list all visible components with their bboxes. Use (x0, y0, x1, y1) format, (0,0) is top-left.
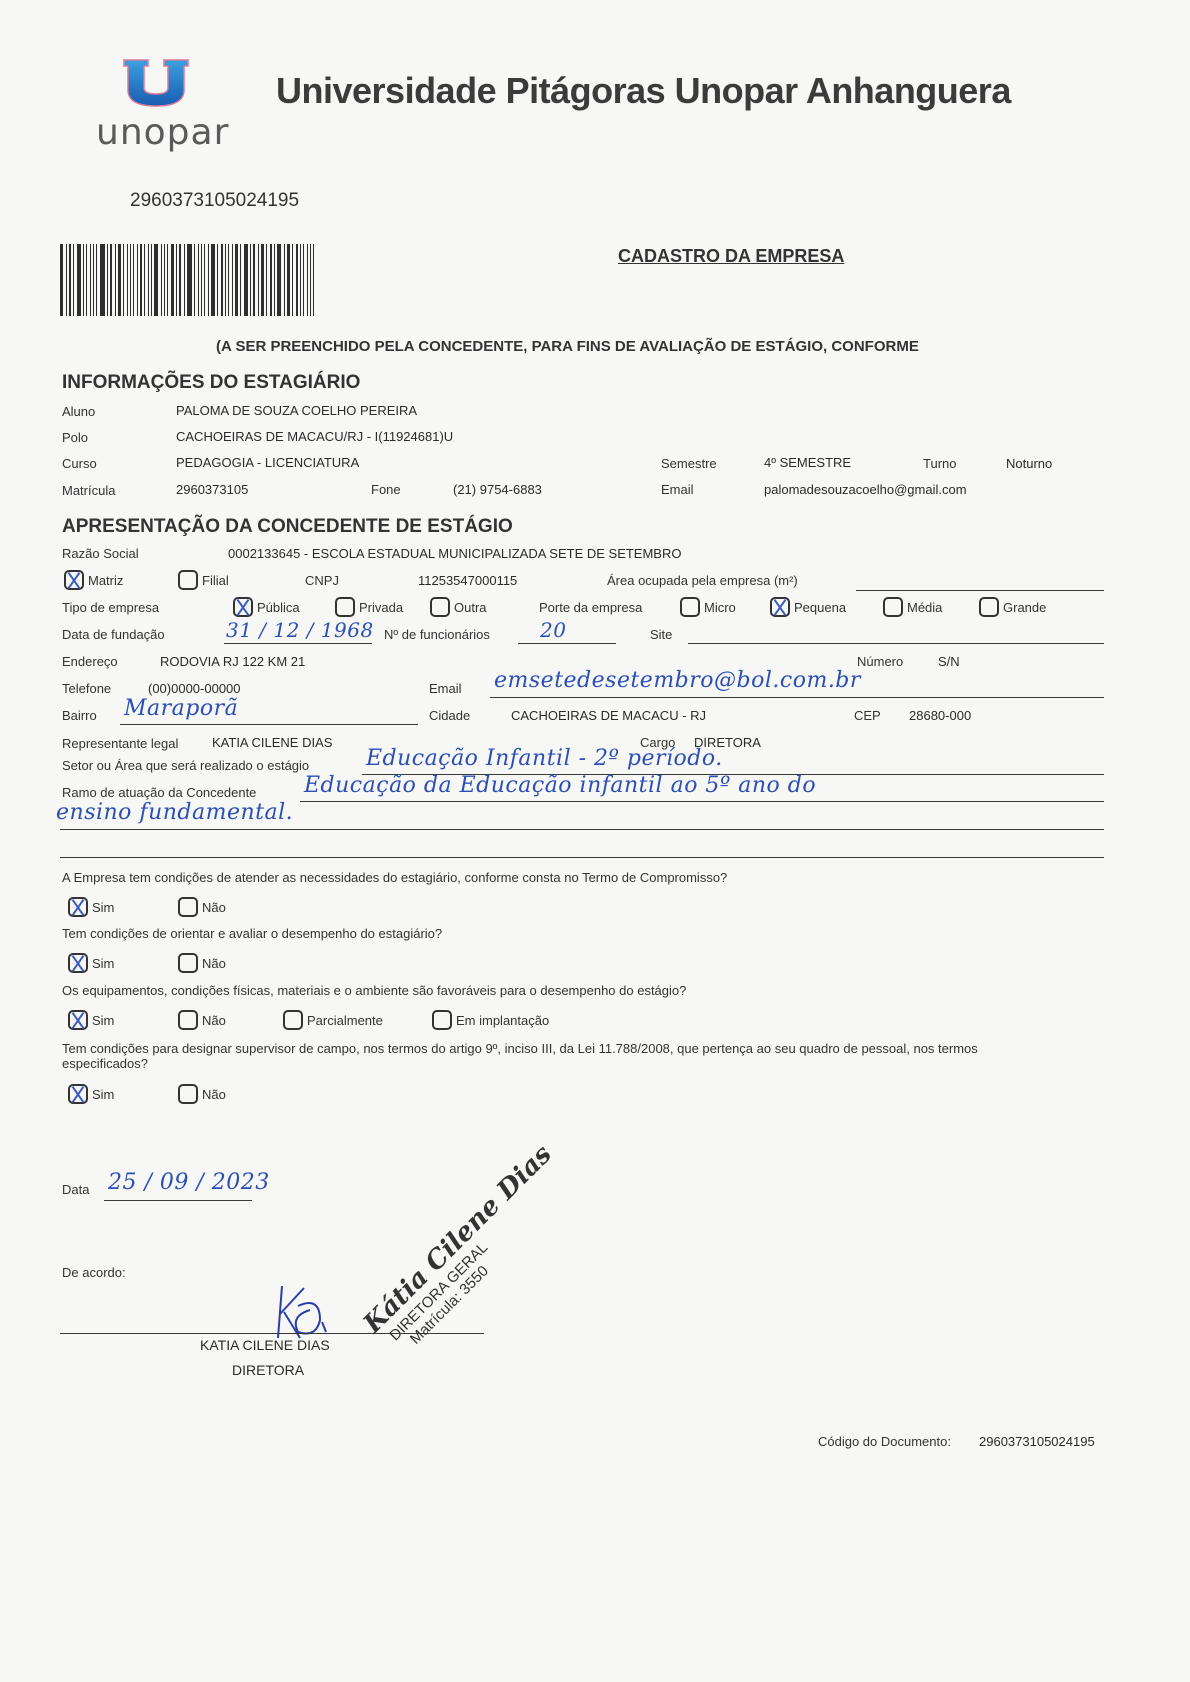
data-label: Data (62, 1182, 89, 1197)
fundacao-label: Data de fundação (62, 627, 165, 642)
section-title-company: APRESENTAÇÃO DA CONCEDENTE DE ESTÁGIO (62, 516, 513, 538)
endereco-label: Endereço (62, 654, 118, 669)
setor-label: Setor ou Área que será realizado o estág… (62, 758, 309, 773)
funcionarios-value[interactable]: 20 (540, 618, 566, 642)
tipo-outra-label: Outra (454, 600, 487, 615)
logo-wordmark: unopar (96, 112, 229, 153)
area-label: Área ocupada pela empresa (m²) (607, 573, 798, 588)
ramo-value-line2[interactable]: ensino fundamental. (56, 800, 293, 825)
q2-não-label: Não (202, 956, 226, 971)
document-title: CADASTRO DA EMPRESA (618, 246, 844, 267)
razao-label: Razão Social (62, 546, 139, 561)
question-1-text: A Empresa tem condições de atender as ne… (62, 870, 727, 885)
porte-grande-checkbox[interactable] (979, 597, 999, 617)
data-underline (104, 1200, 252, 1201)
ramo-label: Ramo de atuação da Concedente (62, 785, 256, 800)
barcode (60, 244, 376, 316)
telefone-label: Telefone (62, 681, 111, 696)
porte-pequena-checkbox[interactable] (770, 597, 790, 617)
codigo-label: Código do Documento: (818, 1434, 951, 1449)
cep-label: CEP (854, 708, 881, 723)
question-4-text: Tem condições para designar supervisor d… (62, 1041, 978, 1056)
fone-label: Fone (371, 482, 401, 497)
cep-value: 28680-000 (909, 708, 971, 723)
question-2-text: Tem condições de orientar e avaliar o de… (62, 926, 442, 941)
bairro-label: Bairro (62, 708, 97, 723)
q4-sim-label: Sim (92, 1087, 114, 1102)
q3-em-implantação-checkbox[interactable] (432, 1010, 452, 1030)
porte-grande-label: Grande (1003, 600, 1046, 615)
cidade-value: CACHOEIRAS DE MACACU - RJ (511, 708, 706, 723)
funcionarios-label: Nº de funcionários (384, 627, 490, 642)
fone-value: (21) 9754-6883 (453, 482, 542, 497)
codigo-value: 2960373105024195 (979, 1434, 1095, 1449)
tipo-outra-checkbox[interactable] (430, 597, 450, 617)
cidade-label: Cidade (429, 708, 470, 723)
tipo-pública-checkbox[interactable] (233, 597, 253, 617)
fundacao-underline (224, 643, 372, 644)
question-4-text-cont: especificados? (62, 1056, 148, 1071)
form-subtitle: (A SER PREENCHIDO PELA CONCEDENTE, PARA … (216, 338, 919, 355)
intern-email-label: Email (661, 482, 694, 497)
de-acordo-label: De acordo: (62, 1265, 126, 1280)
q3-em-implantação-label: Em implantação (456, 1013, 549, 1028)
razao-value: 0002133645 - ESCOLA ESTADUAL MUNICIPALIZ… (228, 546, 681, 561)
curso-label: Curso (62, 456, 97, 471)
telefone-value: (00)0000-00000 (148, 681, 241, 696)
q3-sim-label: Sim (92, 1013, 114, 1028)
tipo-label: Tipo de empresa (62, 600, 159, 615)
semestre-label: Semestre (661, 456, 717, 471)
endereco-value: RODOVIA RJ 122 KM 21 (160, 654, 305, 669)
q4-não-checkbox[interactable] (178, 1084, 198, 1104)
porte-label: Porte da empresa (539, 600, 642, 615)
director-stamp: Kátia Cilene Dias DIRETORA GERAL Matrícu… (358, 1139, 582, 1363)
q2-sim-checkbox[interactable] (68, 953, 88, 973)
filial-checkbox[interactable] (178, 570, 198, 590)
polo-label: Polo (62, 430, 88, 445)
numero-value: S/N (938, 654, 960, 669)
representante-value: KATIA CILENE DIAS (212, 735, 332, 750)
q3-parcialmente-checkbox[interactable] (283, 1010, 303, 1030)
q3-sim-checkbox[interactable] (68, 1010, 88, 1030)
aluno-label: Aluno (62, 404, 95, 419)
data-value[interactable]: 25 / 09 / 2023 (108, 1170, 270, 1195)
stamp-name: Kátia Cilene Dias (358, 1139, 558, 1339)
area-field[interactable] (856, 590, 1104, 591)
numero-label: Número (857, 654, 903, 669)
section-title-intern: INFORMAÇÕES DO ESTAGIÁRIO (62, 372, 360, 394)
turno-value: Noturno (1006, 456, 1052, 471)
cnpj-value: 11253547000115 (418, 573, 517, 588)
q3-não-checkbox[interactable] (178, 1010, 198, 1030)
aluno-value: PALOMA DE SOUZA COELHO PEREIRA (176, 403, 417, 418)
funcionarios-underline (518, 643, 616, 644)
matricula-label: Matrícula (62, 483, 115, 498)
q3-não-label: Não (202, 1013, 226, 1028)
site-label: Site (650, 627, 672, 642)
q2-sim-label: Sim (92, 956, 114, 971)
turno-label: Turno (923, 456, 956, 471)
filial-label: Filial (202, 573, 229, 588)
company-email-value[interactable]: emsetedesetembro@bol.com.br (494, 668, 861, 693)
signatory-role: DIRETORA (232, 1362, 304, 1378)
unopar-logo-icon (122, 58, 190, 108)
ramo-underline-1 (300, 801, 1104, 802)
bairro-value[interactable]: Maraporã (124, 696, 238, 721)
stamp-role: DIRETORA GERAL (386, 1161, 570, 1345)
porte-micro-label: Micro (704, 600, 736, 615)
setor-value[interactable]: Educação Infantil - 2º período. (366, 746, 723, 771)
company-email-underline (490, 697, 1104, 698)
question-3-text: Os equipamentos, condições físicas, mate… (62, 983, 686, 998)
fundacao-value[interactable]: 31 / 12 / 1968 (226, 618, 374, 642)
tipo-privada-label: Privada (359, 600, 403, 615)
company-email-label: Email (429, 681, 462, 696)
bairro-underline (120, 724, 418, 725)
q1-sim-checkbox[interactable] (68, 897, 88, 917)
document-number: 2960373105024195 (130, 190, 299, 212)
ramo-underline-2 (60, 829, 1104, 830)
matriz-checkbox[interactable] (64, 570, 84, 590)
signature-icon (270, 1276, 340, 1346)
site-field[interactable] (688, 643, 1104, 644)
porte-média-checkbox[interactable] (883, 597, 903, 617)
q3-parcialmente-label: Parcialmente (307, 1013, 383, 1028)
porte-média-label: Média (907, 600, 942, 615)
tipo-pública-label: Pública (257, 600, 300, 615)
q4-não-label: Não (202, 1087, 226, 1102)
q1-não-label: Não (202, 900, 226, 915)
signatory-name: KATIA CILENE DIAS (200, 1337, 330, 1353)
matricula-value: 2960373105 (176, 482, 248, 497)
q1-sim-label: Sim (92, 900, 114, 915)
semestre-value: 4º SEMESTRE (764, 455, 851, 470)
university-name: Universidade Pitágoras Unopar Anhanguera (276, 70, 1011, 112)
intern-email-value: palomadesouzacoelho@gmail.com (764, 482, 967, 497)
tipo-privada-checkbox[interactable] (335, 597, 355, 617)
polo-value: CACHOEIRAS DE MACACU/RJ - I(11924681)U (176, 429, 453, 444)
cnpj-label: CNPJ (305, 573, 339, 588)
q1-não-checkbox[interactable] (178, 897, 198, 917)
porte-micro-checkbox[interactable] (680, 597, 700, 617)
matriz-label: Matriz (88, 573, 123, 588)
ramo-value-line1[interactable]: Educação da Educação infantil ao 5º ano … (304, 773, 816, 798)
porte-pequena-label: Pequena (794, 600, 846, 615)
ramo-underline-3 (60, 857, 1104, 858)
curso-value: PEDAGOGIA - LICENCIATURA (176, 455, 359, 470)
q2-não-checkbox[interactable] (178, 953, 198, 973)
representante-label: Representante legal (62, 736, 178, 751)
q4-sim-checkbox[interactable] (68, 1084, 88, 1104)
